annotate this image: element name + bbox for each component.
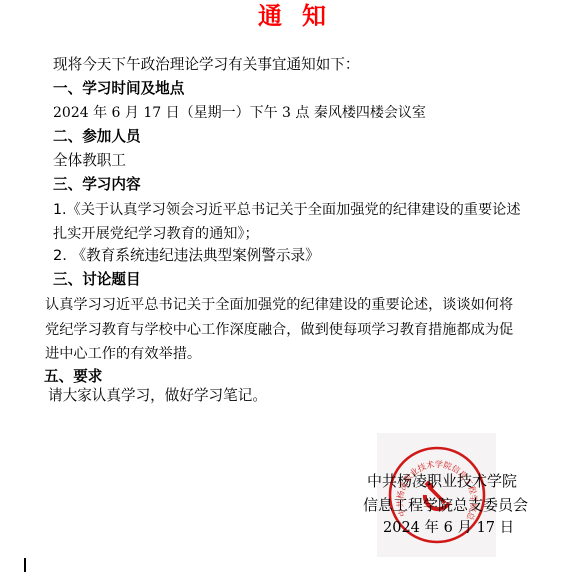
requirements-text: 请大家认真学习，做好学习笔记。 [48, 387, 267, 405]
section-heading-discussion: 三、讨论题目 [53, 271, 141, 289]
participants-text: 全体教职工 [53, 152, 126, 170]
text-cursor [24, 558, 26, 572]
discussion-line-2: 党纪学习教育与学校中心工作深度融合，做到使每项学习教育措施都成为促 [45, 321, 513, 339]
section-heading-content: 三、学习内容 [53, 176, 141, 194]
section-heading-requirements: 五、要求 [44, 368, 102, 386]
content-item-1-cont: 扎实开展党纪学习教育的通知》； [53, 225, 259, 243]
section-heading-time-place: 一、学习时间及地点 [53, 80, 184, 98]
content-item-2: 2. 《教育系统违纪违法典型案例警示录》 [53, 247, 320, 265]
signature-date: 2024 年 6 月 17 日 [383, 519, 514, 537]
signature-org-line2: 信息工程学院总支委员会 [363, 496, 528, 514]
discussion-line-1: 认真学习习近平总书记关于全面加强党的纪律建设的重要论述，谈谈如何将 [45, 296, 513, 314]
document-title: 通知 [258, 2, 346, 30]
content-item-1: 1.《关于认真学习领会习近平总书记关于全面加强党的纪律建设的重要论述 [53, 201, 521, 219]
time-place-text: 2024 年 6 月 17 日（星期一）下午 3 点 秦风楼四楼会议室 [53, 104, 426, 122]
discussion-line-3: 进中心工作的有效举措。 [45, 345, 201, 363]
section-heading-participants: 二、参加人员 [53, 128, 141, 146]
intro-text: 现将今天下午政治理论学习有关事宜通知如下： [53, 56, 359, 74]
signature-org-line1: 中共杨凌职业技术学院 [367, 472, 517, 490]
